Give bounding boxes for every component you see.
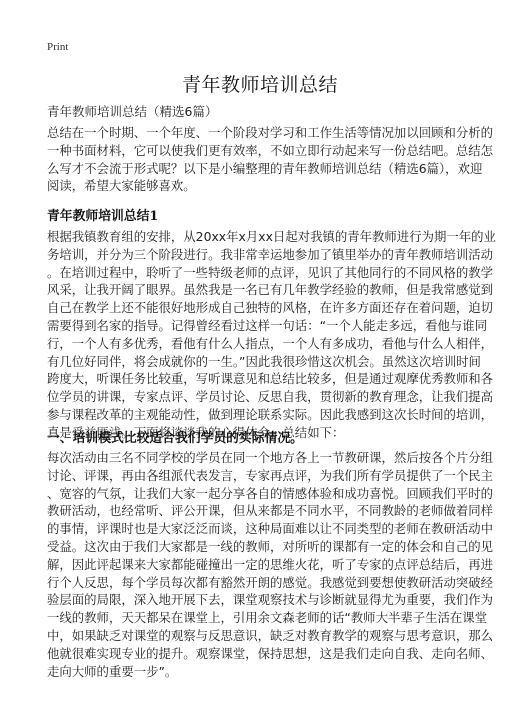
paragraph-line: 有几位好同伴，将会成就你的一生。”因此我很珍惜这次机会。虽然这次培训时间 bbox=[47, 353, 477, 371]
paragraph-line: 么写才不会流于形式呢？以下是小编整理的青年教师培训总结（精选6篇），欢迎 bbox=[47, 160, 477, 178]
subsection-1-paragraph: 每次活动由三名不同学校的学员在同一个地方各上一节教研课，然后按各个片分组 讨论、… bbox=[47, 449, 477, 680]
document-subtitle: 青年教师培训总结（精选6篇） bbox=[47, 102, 217, 120]
paragraph-line: 一线的教师，天天都呆在课堂上，引用余文森老师的话“教师大半辈子生活在课堂 bbox=[47, 609, 477, 627]
paragraph-line: 中，如果缺乏对课堂的观察与反思意识，缺乏对教育教学的观察与思考意识，那么 bbox=[47, 627, 477, 645]
paragraph-line: 每次活动由三名不同学校的学员在同一个地方各上一节教研课，然后按各个片分组 bbox=[47, 449, 477, 467]
paragraph-line: 风采，让我开阔了眼界。虽然我是一名已有几年教学经验的教师，但是我常感觉到 bbox=[47, 281, 477, 299]
section-heading-1: 青年教师培训总结1 bbox=[47, 205, 158, 224]
paragraph-line: 位学员的讲课，专家点评、学员讨论、反思自我，贯彻新的教育理念，让我们提高 bbox=[47, 388, 477, 406]
paragraph-line: 根据我镇教育组的安排，从20xx年x月xx日起对我镇的青年教师进行为期一年的业 bbox=[47, 228, 477, 246]
paragraph-line: 、宽容的气氛，让我们大家一起分享各自的情感体验和成功喜悦。回顾我们平时的 bbox=[47, 485, 477, 503]
subsection-heading-1: 一、培训模式比较适合我们学员的实际情况。 bbox=[47, 427, 303, 446]
paragraph-line: 讨论、评课，再由各组派代表发言，专家再点评，为我们所有学员提供了一个民主 bbox=[47, 467, 477, 485]
print-label: Print bbox=[47, 41, 68, 53]
paragraph-line: 解，因此评起课来大家都能碰撞出一定的思维火花，听了专家的点评总结后，再进 bbox=[47, 556, 477, 574]
paragraph-line: 行个人反思，每个学员每次都有豁然开朗的感觉。我感觉到要想使教研活动突破经 bbox=[47, 574, 477, 592]
paragraph-line: 需要得到名家的指导。记得曾经看过这样一句话：“一个人能走多远，看他与谁同 bbox=[47, 317, 477, 335]
paragraph-line: 自己在教学上还不能很好地形成自己独特的风格，在许多方面还存在着问题，迫切 bbox=[47, 299, 477, 317]
paragraph-line: 一种书面材料，它可以使我们更有效率，不如立即行动起来写一份总结吧。总结怎 bbox=[47, 142, 477, 160]
paragraph-line: 受益。这次由于我们大家都是一线的教师，对所听的课都有一定的体会和自己的见 bbox=[47, 538, 477, 556]
document-page: Print 青年教师培训总结 青年教师培训总结（精选6篇） 总结在一个时期、一个… bbox=[0, 0, 520, 718]
paragraph-line: 阅读，希望大家能够喜欢。 bbox=[47, 177, 477, 195]
intro-paragraph: 总结在一个时期、一个年度、一个阶段对学习和工作生活等情况加以回顾和分析的 一种书… bbox=[47, 124, 477, 195]
paragraph-line: 跨度大，听课任务比较重，写听课意见和总结比较多，但是通过观摩优秀教师和各 bbox=[47, 370, 477, 388]
page-title: 青年教师培训总结 bbox=[0, 70, 520, 97]
paragraph-line: 教研活动，也经常听、评公开课，但从来都是不同水平，不同教龄的老师做着同样 bbox=[47, 502, 477, 520]
paragraph-line: 总结在一个时期、一个年度、一个阶段对学习和工作生活等情况加以回顾和分析的 bbox=[47, 124, 477, 142]
section-1-paragraph: 根据我镇教育组的安排，从20xx年x月xx日起对我镇的青年教师进行为期一年的业 … bbox=[47, 228, 477, 442]
paragraph-line: 的事情，评课时也是大家泛泛而谈，这种局面难以让不同类型的老师在教研活动中 bbox=[47, 520, 477, 538]
paragraph-line: 他就很难实现专业的提升。观察课堂，保持思想，这是我们走向自我、走向名师、 bbox=[47, 645, 477, 663]
paragraph-line: 参与课程改革的主观能动性，做到理论联系实际。因此我感到这次长时间的培训， bbox=[47, 406, 477, 424]
paragraph-line: 走向大师的重要一步”。 bbox=[47, 663, 477, 681]
paragraph-line: 务培训，并分为三个阶段进行。我非常幸运地参加了镇里举办的青年教师培训活动 bbox=[47, 246, 477, 264]
paragraph-line: 行，一个人有多优秀，看他有什么人指点，一个人有多成功，看他与什么人相伴， bbox=[47, 335, 477, 353]
paragraph-line: 验层面的局限，深入地开展下去，课堂观察技术与诊断就显得尤为重要，我们作为 bbox=[47, 591, 477, 609]
paragraph-line: 。在培训过程中，聆听了一些特级老师的点评，见识了其他同行的不同风格的教学 bbox=[47, 264, 477, 282]
